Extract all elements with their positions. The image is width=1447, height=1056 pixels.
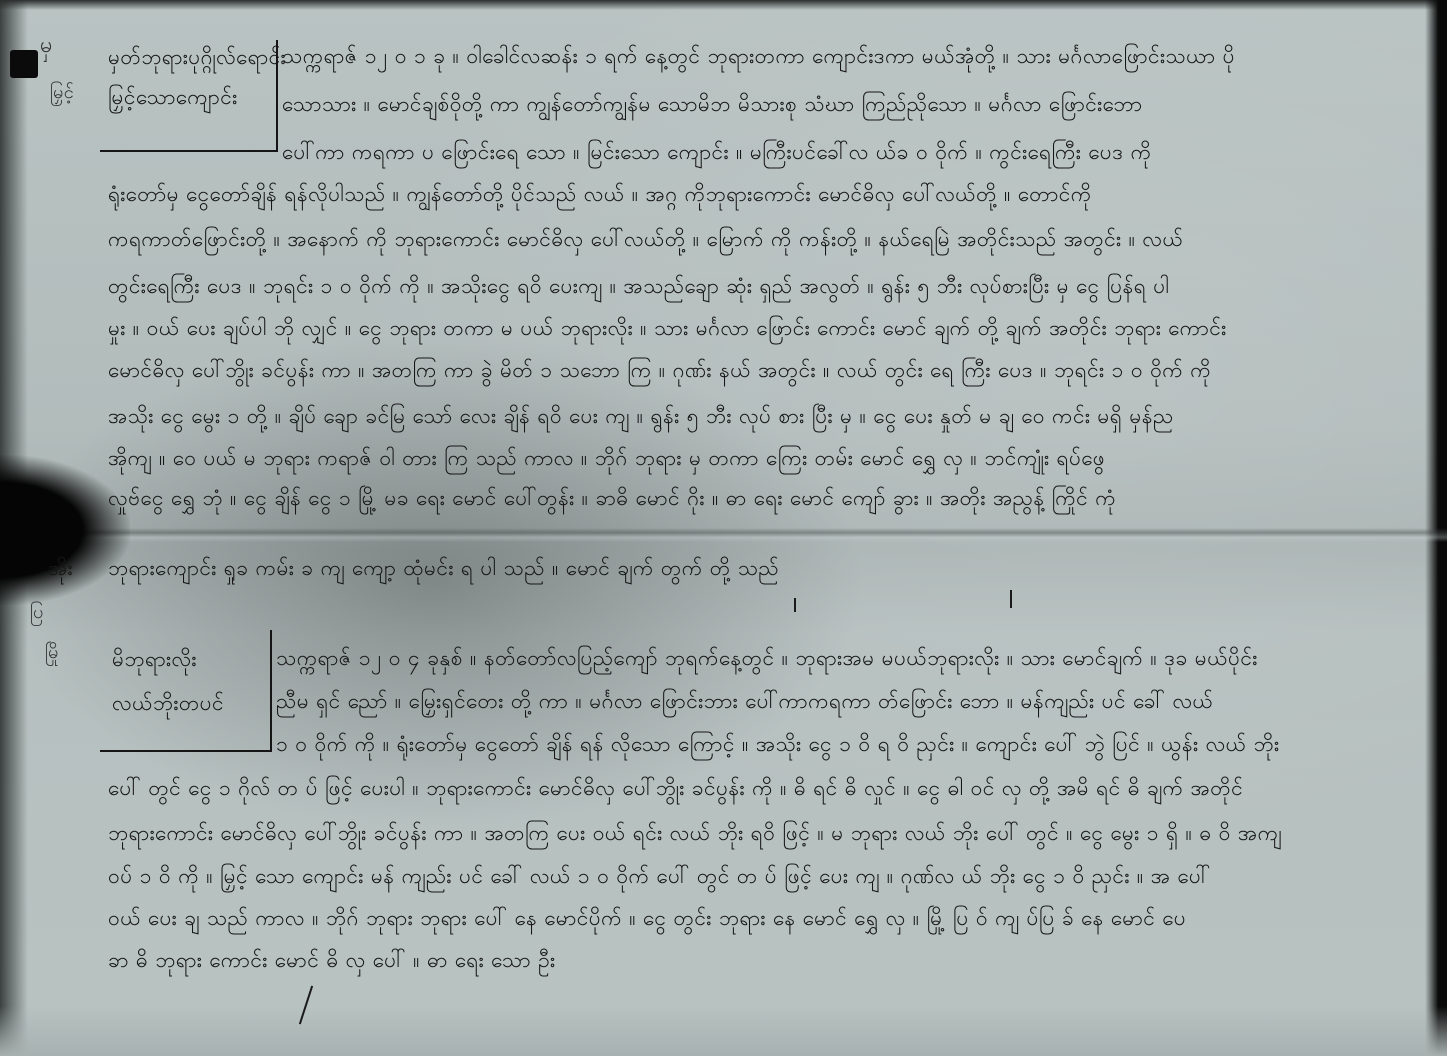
manuscript-page: မှ မြှင့် ပြ မြို မှတ်ဘုရားပုဂ္ဂိုလ်ရောင… (0, 0, 1447, 1056)
section-2-line: ဘုရားကောင်း မောင်ဓိလှ ပေါ်ဘွိုး ခင်ပွန်း… (108, 815, 1428, 851)
section-1-line: သောသား ။ မောင်ချစ်ဝိုတို့ ကာ ကျွန်တော်ကျ… (282, 86, 1432, 122)
section-1-line: ရုံးတော်မှ ငွေတော်ချိန် ရန်လိုပါသည် ။ ကျ… (108, 176, 1428, 212)
section-2-line: ညီမ ရှင် ညော် ။ မြှေးရှင်တေး တို့ ကာ ။ မ… (276, 683, 1431, 719)
divider-margin-label: အိုး (48, 550, 108, 586)
section-1-line: မောင်ဓိလှ ပေါ်ဘွိုး ခင်ပွန်း ကာ ။ အတကြ က… (108, 352, 1428, 388)
section-2-line: ဝပ် ၁ ဝိ ကို ။ မြှင့် သော ကျောင်း မန် ကျ… (108, 858, 1428, 894)
ink-blot (10, 50, 38, 78)
margin-note: မြို (45, 640, 59, 667)
section-2-line: ၁ ဝ ဝိုက် ကို ။ ရုံးတော်မှ ငွေတော် ချိန်… (276, 726, 1431, 762)
top-edge (0, 0, 1447, 10)
section-1-line: ကရကာတ်ဖြောင်းတို့ ။ အနောက် ကို ဘုရားကောင… (108, 221, 1428, 257)
section-1-heading-line-1: မှတ်ဘုရားပုဂ္ဂိုလ်ရောင်း (108, 40, 286, 74)
margin-note: မြှင့် (50, 80, 74, 107)
section-2-heading-line-1: မိဘုရားလိုး (112, 642, 197, 676)
section-1-heading-line-2: မြှင့်သောကျောင်း (108, 80, 238, 114)
section-1-line: မှုး ။ ဝယ် ပေး ချပ်ပါ ဘို လျှင် ။ ငွေ ဘု… (108, 310, 1428, 346)
bottom-edge (0, 1006, 1447, 1056)
margin-note: မှ (40, 30, 53, 63)
section-2-line: သက္ကရာဇ် ၁၂ ဝ ၄ ခုနှစ် ။ နတ်တော်လပြည့်ကျ… (276, 640, 1431, 676)
ink-tick (794, 598, 796, 612)
section-1-line: အသိုး ငွေ မွေး ၁ တို့ ။ ချိပ် ချော ခင်မြ… (108, 398, 1428, 434)
section-2-heading-line-2: လယ်ဘိုးတပင် (112, 686, 224, 720)
section-1-line: ပေါ်ကာ ကရကာ ပ ဖြောင်းရေ သော ။ မြင်းသော က… (282, 134, 1432, 170)
margin-note: ပြ (30, 600, 44, 627)
section-2-line: ပေါ် တွင် ငွေ ၁ ဂိုလ် တ ပ် ဖြင့် ပေးပါ ။… (108, 770, 1428, 806)
section-1-line: လှုဗ်ငွေ ရွှေ ဘုံ ။ ငွေ ချိန် ငွေ ၁ မြို… (108, 480, 1428, 516)
ink-tick (1010, 590, 1012, 608)
divider-heading: ဘုရားကျောင်း ရှုခ ကမ်း ခ ကျ ကျော့ ထုံမင်… (108, 550, 1008, 586)
section-2-line: ခာ ဓိ ဘုရား ကောင်း မောင် ဓိ လှ ပေါ် ။ ဓာ… (108, 942, 808, 978)
section-1-line: သက္ကရာဇ် ၁၂ ဝ ၁ ခု ။ ဝါခေါင်လဆန်း ၁ ရက် … (282, 38, 1432, 74)
section-1-line: အိုကျ ။ ဝေ ပယ် မ ဘုရား ကရာဇ် ဝါ တား ကြ သ… (108, 440, 1428, 476)
paper-fold-crease (0, 528, 1447, 542)
section-2-line: ဝယ် ပေး ချ သည် ကာလ ။ ဘိုဂ် ဘုရား ဘုရား ပ… (108, 900, 1428, 936)
section-1-line: တွင်းရေကြီး ပေဒ ။ ဘုရင်း ၁ ဝ ဝိုက် ကို ။… (108, 268, 1428, 304)
